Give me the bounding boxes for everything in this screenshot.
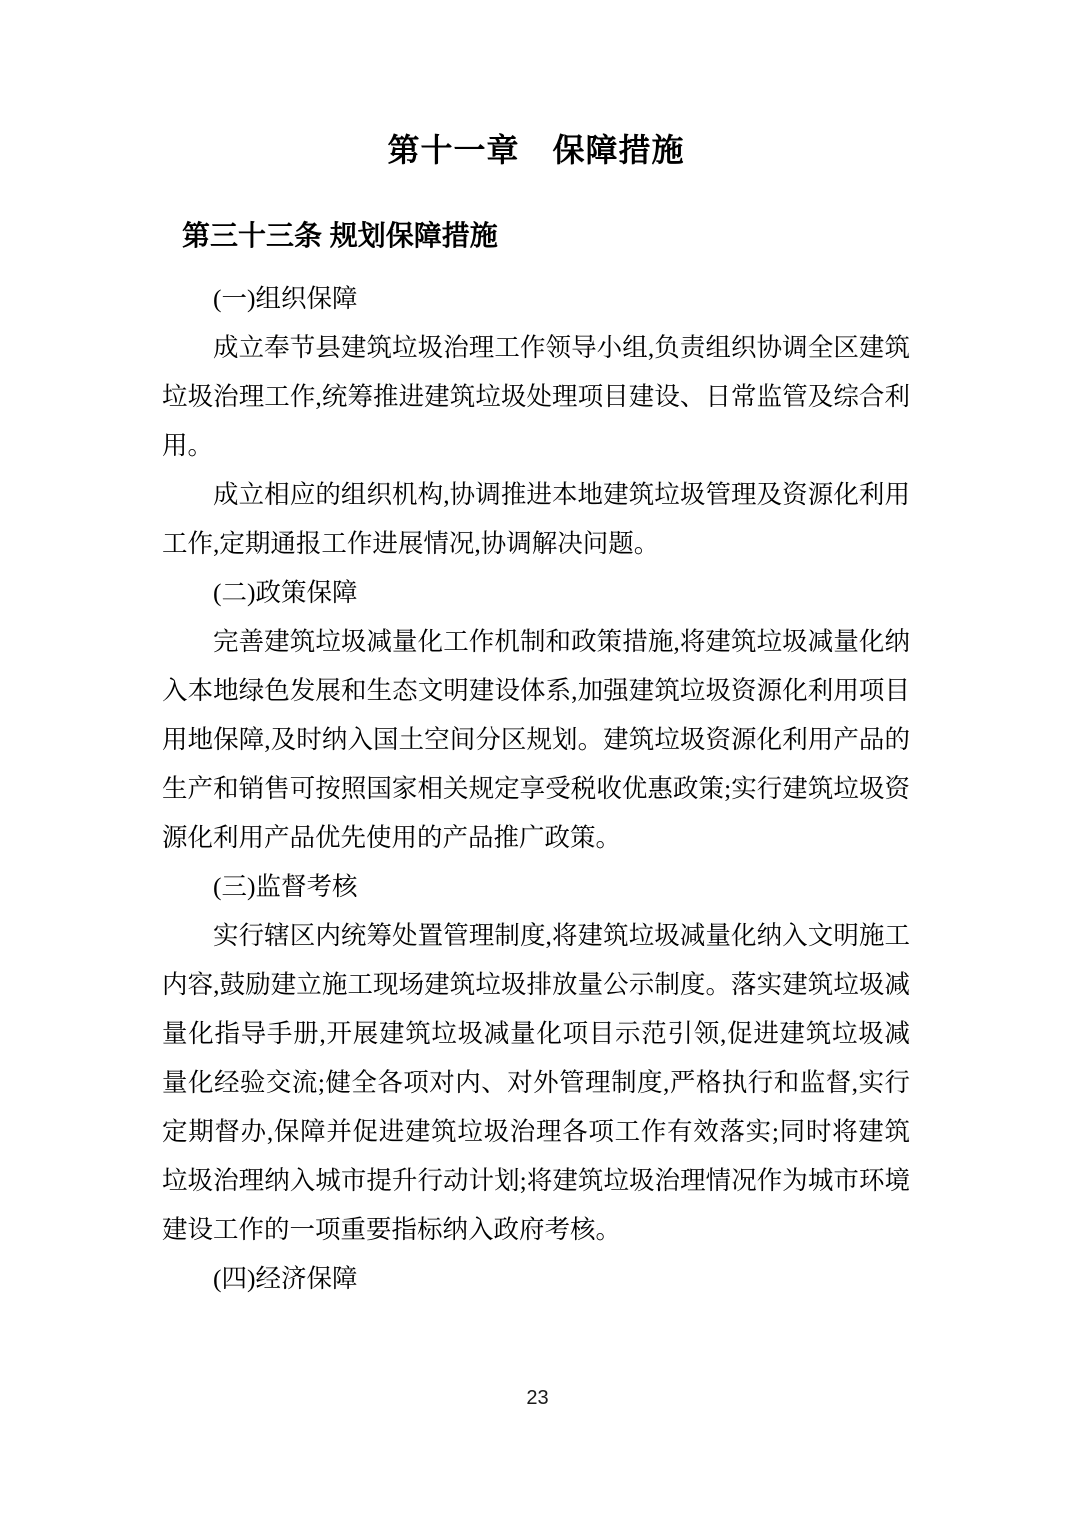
section-heading: 第三十三条 规划保障措施 — [182, 214, 910, 258]
page-number: 23 — [0, 1386, 1075, 1410]
subsection-label-4: (四)经济保障 — [162, 1254, 910, 1303]
document-content: 第十一章 保障措施 第三十三条 规划保障措施 (一)组织保障 成立奉节县建筑垃圾… — [162, 0, 910, 1303]
paragraph: 实行辖区内统筹处置管理制度,将建筑垃圾减量化纳入文明施工内容,鼓励建立施工现场建… — [162, 911, 910, 1254]
paragraph: 成立相应的组织机构,协调推进本地建筑垃圾管理及资源化利用工作,定期通报工作进展情… — [162, 470, 910, 568]
document-body: (一)组织保障 成立奉节县建筑垃圾治理工作领导小组,负责组织协调全区建筑垃圾治理… — [162, 274, 910, 1303]
subsection-label-3: (三)监督考核 — [162, 862, 910, 911]
subsection-label-1: (一)组织保障 — [162, 274, 910, 323]
document-page: 第十一章 保障措施 第三十三条 规划保障措施 (一)组织保障 成立奉节县建筑垃圾… — [0, 0, 1075, 1520]
subsection-label-2: (二)政策保障 — [162, 568, 910, 617]
paragraph: 完善建筑垃圾减量化工作机制和政策措施,将建筑垃圾减量化纳入本地绿色发展和生态文明… — [162, 617, 910, 862]
paragraph: 成立奉节县建筑垃圾治理工作领导小组,负责组织协调全区建筑垃圾治理工作,统筹推进建… — [162, 323, 910, 470]
chapter-title: 第十一章 保障措施 — [162, 0, 910, 170]
